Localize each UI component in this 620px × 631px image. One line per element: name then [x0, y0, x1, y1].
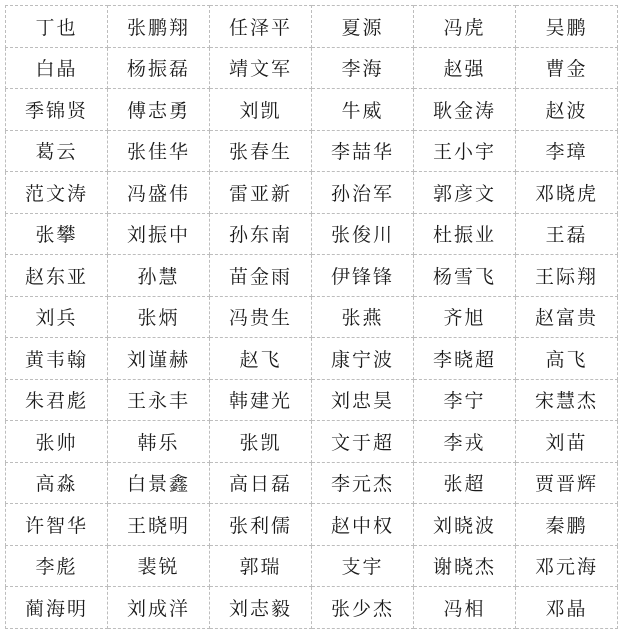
name-cell: 张春生 — [210, 130, 312, 172]
name-cell: 李元杰 — [312, 462, 414, 504]
name-cell: 高淼 — [6, 462, 108, 504]
table-row: 蔺海明刘成洋刘志毅张少杰冯相邓晶 — [6, 587, 618, 629]
name-cell: 张利儒 — [210, 504, 312, 546]
name-cell: 李彪 — [6, 545, 108, 587]
table-row: 许智华王晓明张利儒赵中权刘晓波秦鹏 — [6, 504, 618, 546]
name-cell: 雷亚新 — [210, 172, 312, 214]
table-row: 朱君彪王永丰韩建光刘忠昊李宁宋慧杰 — [6, 379, 618, 421]
name-cell: 朱君彪 — [6, 379, 108, 421]
name-cell: 张炳 — [108, 296, 210, 338]
name-cell: 王晓明 — [108, 504, 210, 546]
name-cell: 刘兵 — [6, 296, 108, 338]
name-cell: 邓晓虎 — [516, 172, 618, 214]
name-cell: 李璋 — [516, 130, 618, 172]
name-cell: 孙东南 — [210, 213, 312, 255]
name-list-table: 丁也张鹏翔任泽平夏源冯虎吴鹏白晶杨振磊靖文军李海赵强曹金季锦贤傅志勇刘凯牛威耿金… — [5, 5, 618, 629]
name-cell: 宋慧杰 — [516, 379, 618, 421]
name-cell: 冯相 — [414, 587, 516, 629]
name-cell: 刘志毅 — [210, 587, 312, 629]
name-cell: 支宇 — [312, 545, 414, 587]
name-cell: 冯盛伟 — [108, 172, 210, 214]
name-cell: 张俊川 — [312, 213, 414, 255]
name-cell: 李晓超 — [414, 338, 516, 380]
name-cell: 赵东亚 — [6, 255, 108, 297]
name-cell: 王磊 — [516, 213, 618, 255]
name-cell: 刘凯 — [210, 89, 312, 131]
name-cell: 赵富贵 — [516, 296, 618, 338]
name-cell: 白晶 — [6, 47, 108, 89]
name-cell: 邓元海 — [516, 545, 618, 587]
name-cell: 孙治军 — [312, 172, 414, 214]
name-cell: 郭瑞 — [210, 545, 312, 587]
name-cell: 张帅 — [6, 421, 108, 463]
name-cell: 王永丰 — [108, 379, 210, 421]
name-cell: 王小宇 — [414, 130, 516, 172]
name-cell: 王际翔 — [516, 255, 618, 297]
name-cell: 蔺海明 — [6, 587, 108, 629]
name-cell: 夏源 — [312, 6, 414, 48]
name-cell: 张少杰 — [312, 587, 414, 629]
name-cell: 张佳华 — [108, 130, 210, 172]
name-cell: 许智华 — [6, 504, 108, 546]
name-cell: 赵飞 — [210, 338, 312, 380]
name-cell: 刘晓波 — [414, 504, 516, 546]
name-cell: 刘振中 — [108, 213, 210, 255]
name-cell: 高日磊 — [210, 462, 312, 504]
name-cell: 刘苗 — [516, 421, 618, 463]
name-cell: 张超 — [414, 462, 516, 504]
table-row: 白晶杨振磊靖文军李海赵强曹金 — [6, 47, 618, 89]
name-cell: 张燕 — [312, 296, 414, 338]
name-cell: 韩建光 — [210, 379, 312, 421]
table-row: 高淼白景鑫高日磊李元杰张超贾晋辉 — [6, 462, 618, 504]
name-cell: 刘忠昊 — [312, 379, 414, 421]
name-cell: 刘成洋 — [108, 587, 210, 629]
name-cell: 任泽平 — [210, 6, 312, 48]
name-cell: 冯贵生 — [210, 296, 312, 338]
name-cell: 李海 — [312, 47, 414, 89]
table-row: 赵东亚孙慧苗金雨伊锋锋杨雪飞王际翔 — [6, 255, 618, 297]
name-cell: 范文涛 — [6, 172, 108, 214]
name-cell: 李喆华 — [312, 130, 414, 172]
name-cell: 郭彦文 — [414, 172, 516, 214]
table-row: 黄韦翰刘谨赫赵飞康宁波李晓超高飞 — [6, 338, 618, 380]
table-row: 张帅韩乐张凯文于超李戎刘苗 — [6, 421, 618, 463]
name-cell: 秦鹏 — [516, 504, 618, 546]
name-cell: 赵中权 — [312, 504, 414, 546]
name-cell: 张攀 — [6, 213, 108, 255]
name-cell: 季锦贤 — [6, 89, 108, 131]
name-cell: 贾晋辉 — [516, 462, 618, 504]
name-cell: 裴锐 — [108, 545, 210, 587]
name-cell: 傅志勇 — [108, 89, 210, 131]
table-row: 范文涛冯盛伟雷亚新孙治军郭彦文邓晓虎 — [6, 172, 618, 214]
name-cell: 杨雪飞 — [414, 255, 516, 297]
name-cell: 曹金 — [516, 47, 618, 89]
name-cell: 黄韦翰 — [6, 338, 108, 380]
name-cell: 张鹏翔 — [108, 6, 210, 48]
name-cell: 李宁 — [414, 379, 516, 421]
name-cell: 吴鹏 — [516, 6, 618, 48]
name-cell: 齐旭 — [414, 296, 516, 338]
table-row: 丁也张鹏翔任泽平夏源冯虎吴鹏 — [6, 6, 618, 48]
name-cell: 葛云 — [6, 130, 108, 172]
name-cell: 张凯 — [210, 421, 312, 463]
name-cell: 靖文军 — [210, 47, 312, 89]
name-cell: 康宁波 — [312, 338, 414, 380]
table-row: 葛云张佳华张春生李喆华王小宇李璋 — [6, 130, 618, 172]
name-cell: 冯虎 — [414, 6, 516, 48]
table-row: 刘兵张炳冯贵生张燕齐旭赵富贵 — [6, 296, 618, 338]
name-cell: 伊锋锋 — [312, 255, 414, 297]
name-cell: 赵波 — [516, 89, 618, 131]
name-cell: 李戎 — [414, 421, 516, 463]
name-cell: 文于超 — [312, 421, 414, 463]
table-row: 张攀刘振中孙东南张俊川杜振业王磊 — [6, 213, 618, 255]
name-cell: 耿金涛 — [414, 89, 516, 131]
name-cell: 谢晓杰 — [414, 545, 516, 587]
name-cell: 白景鑫 — [108, 462, 210, 504]
name-cell: 杜振业 — [414, 213, 516, 255]
table-body: 丁也张鹏翔任泽平夏源冯虎吴鹏白晶杨振磊靖文军李海赵强曹金季锦贤傅志勇刘凯牛威耿金… — [6, 6, 618, 629]
name-cell: 牛威 — [312, 89, 414, 131]
name-cell: 孙慧 — [108, 255, 210, 297]
name-cell: 丁也 — [6, 6, 108, 48]
name-cell: 杨振磊 — [108, 47, 210, 89]
name-cell: 韩乐 — [108, 421, 210, 463]
name-cell: 刘谨赫 — [108, 338, 210, 380]
name-cell: 赵强 — [414, 47, 516, 89]
table-row: 季锦贤傅志勇刘凯牛威耿金涛赵波 — [6, 89, 618, 131]
name-cell: 苗金雨 — [210, 255, 312, 297]
table-row: 李彪裴锐郭瑞支宇谢晓杰邓元海 — [6, 545, 618, 587]
name-cell: 邓晶 — [516, 587, 618, 629]
name-cell: 高飞 — [516, 338, 618, 380]
